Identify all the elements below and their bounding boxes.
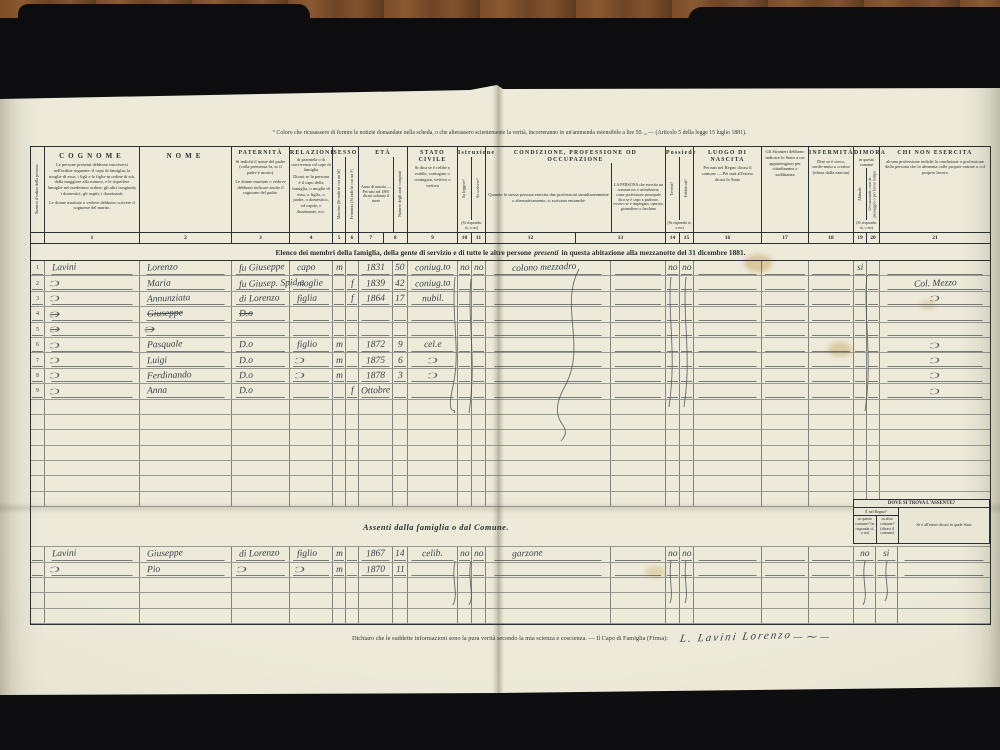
table-cell <box>854 609 876 623</box>
column-header-relazione: RELAZIONE di parentela o di convivenza c… <box>290 147 333 243</box>
table-cell <box>809 384 854 398</box>
table-cell <box>408 593 458 607</box>
table-cell <box>458 323 472 337</box>
table-cell <box>333 476 346 490</box>
table-row: ƆPioƆƆm187011 <box>31 563 990 578</box>
table-row <box>31 400 990 415</box>
table-cell: Ottobre <box>359 384 393 398</box>
table-cell <box>694 430 762 444</box>
table-cell <box>854 415 867 429</box>
table-cell: garzone <box>486 547 611 561</box>
table-cell <box>393 415 408 429</box>
table-cell: no <box>458 261 472 275</box>
table-row <box>31 609 990 624</box>
table-cell <box>880 415 990 429</box>
table-cell <box>880 261 990 275</box>
table-cell <box>486 492 611 506</box>
table-cell <box>880 307 990 321</box>
table-cell <box>666 446 680 460</box>
table-row <box>31 578 990 593</box>
table-cell <box>666 415 680 429</box>
table-cell: celib. <box>408 547 458 561</box>
table-cell <box>486 323 611 337</box>
table-cell <box>611 338 666 352</box>
table-cell <box>694 609 762 623</box>
table-cell <box>45 476 140 490</box>
table-cell: Ɔ <box>290 563 333 577</box>
table-cell <box>854 338 867 352</box>
table-cell <box>458 292 472 306</box>
table-cell <box>854 461 867 475</box>
table-cell <box>346 547 359 561</box>
table-cell <box>458 338 472 352</box>
table-cell <box>290 400 333 414</box>
table-cell <box>140 430 232 444</box>
table-cell: Ɔ <box>408 353 458 367</box>
column-group-istruzione: Istruzione Sa leggere? Sa scrivere? (Si … <box>458 147 486 243</box>
table-cell <box>31 492 45 506</box>
table-cell <box>45 430 140 444</box>
table-cell <box>680 292 694 306</box>
table-cell <box>408 609 458 623</box>
table-cell: figlio <box>290 338 333 352</box>
table-cell: Pasquale <box>140 338 232 352</box>
table-cell <box>140 609 232 623</box>
table-cell <box>359 593 393 607</box>
table-cell <box>140 492 232 506</box>
table-cell <box>140 476 232 490</box>
table-cell <box>876 609 898 623</box>
table-cell <box>31 563 45 577</box>
table-cell <box>458 400 472 414</box>
table-cell: Ɔ <box>45 276 140 290</box>
absent-band: Assenti dalla famiglia o dal Comune. <box>31 507 990 547</box>
table-cell: m <box>333 261 346 275</box>
column-header-luogo-nascita: LUOGO DI NASCITA Pei nati nel Regno dica… <box>694 147 762 243</box>
table-cell <box>876 593 898 607</box>
table-cell: f <box>346 276 359 290</box>
table-row: 6ƆPasqualeD.ofigliom18729cel.eƆ <box>31 338 990 353</box>
table-cell: m <box>333 353 346 367</box>
table-cell <box>809 261 854 275</box>
table-cell <box>680 563 694 577</box>
table-cell <box>486 384 611 398</box>
table-cell <box>809 292 854 306</box>
table-cell: D.o <box>232 338 290 352</box>
table-cell: Ɔ <box>290 369 333 383</box>
table-cell: 9 <box>31 384 45 398</box>
table-cell <box>854 430 867 444</box>
table-cell: figlio <box>290 547 333 561</box>
table-cell <box>472 430 486 444</box>
table-cell <box>611 323 666 337</box>
table-cell <box>762 369 809 383</box>
table-cell <box>694 415 762 429</box>
table-cell: 6 <box>31 338 45 352</box>
table-cell <box>680 461 694 475</box>
table-cell <box>666 307 680 321</box>
table-cell: f <box>346 292 359 306</box>
table-cell <box>290 384 333 398</box>
table-cell <box>140 461 232 475</box>
table-cell <box>762 547 809 561</box>
table-cell <box>333 292 346 306</box>
table-cell: Ɔ <box>290 353 333 367</box>
table-cell <box>232 461 290 475</box>
column-group-possiede: Possiede Terreni? Fabbricati? (Si rispon… <box>666 147 694 243</box>
table-cell: Giuseppe <box>140 307 232 321</box>
table-row: 1LaviniLorenzofu Giuseppecapom183150coni… <box>31 261 990 276</box>
column-header-rownum: Numero d'ordine della persona <box>31 147 45 243</box>
table-cell <box>486 369 611 383</box>
table-cell <box>809 307 854 321</box>
table-cell <box>762 323 809 337</box>
table-cell <box>611 578 666 592</box>
table-cell <box>290 593 333 607</box>
table-cell: Ɔ <box>45 292 140 306</box>
table-header: Numero d'ordine della persona COGNOME Le… <box>31 147 990 244</box>
table-cell <box>458 446 472 460</box>
table-cell <box>232 323 290 337</box>
table-cell <box>458 353 472 367</box>
table-cell <box>898 593 990 607</box>
table-cell <box>611 476 666 490</box>
table-cell <box>458 578 472 592</box>
table-cell <box>867 400 880 414</box>
table-cell <box>359 446 393 460</box>
table-cell <box>486 307 611 321</box>
signature-flourish: —⁓— <box>793 632 833 643</box>
table-cell <box>45 492 140 506</box>
table-cell <box>486 593 611 607</box>
table-row <box>31 492 990 507</box>
table-cell <box>472 593 486 607</box>
table-cell <box>762 276 809 290</box>
table-cell <box>694 563 762 577</box>
table-cell <box>867 323 880 337</box>
table-cell <box>472 369 486 383</box>
table-cell <box>346 593 359 607</box>
table-cell <box>359 609 393 623</box>
table-cell <box>762 400 809 414</box>
table-cell: Ɔ <box>45 338 140 352</box>
table-cell: Ɔ <box>232 563 290 577</box>
table-cell <box>290 415 333 429</box>
table-cell <box>290 578 333 592</box>
table-cell <box>359 430 393 444</box>
table-cell <box>408 400 458 414</box>
table-cell <box>762 384 809 398</box>
table-cell <box>45 609 140 623</box>
census-sheet: “ Coloro che ricusassero di fornire le n… <box>0 0 1000 750</box>
table-cell <box>458 461 472 475</box>
column-header-paternita: PATERNITÀ Si indichi il nome del padre (… <box>232 147 290 243</box>
table-cell <box>666 369 680 383</box>
column-header-stranieri: Gli Stranieri debbono indicare lo Stato … <box>762 147 809 243</box>
table-cell <box>472 353 486 367</box>
table-cell <box>762 307 809 321</box>
table-cell <box>232 476 290 490</box>
table-cell <box>880 461 990 475</box>
table-cell <box>694 492 762 506</box>
table-cell <box>694 307 762 321</box>
table-cell: Ɔ <box>880 384 990 398</box>
table-cell <box>762 461 809 475</box>
table-cell <box>486 563 611 577</box>
column-header-cognome: COGNOME Le persone presenti debbono insc… <box>45 147 140 243</box>
table-cell: Ɔ <box>880 292 990 306</box>
table-cell <box>680 476 694 490</box>
table-cell <box>867 384 880 398</box>
table-cell <box>867 430 880 444</box>
table-cell <box>290 609 333 623</box>
table-cell <box>346 446 359 460</box>
table-cell <box>694 292 762 306</box>
table-cell <box>458 276 472 290</box>
table-cell: 1839 <box>359 276 393 290</box>
table-cell <box>880 446 990 460</box>
table-cell <box>346 609 359 623</box>
table-cell: di Lorenzo <box>232 547 290 561</box>
table-cell: 3 <box>31 292 45 306</box>
table-cell <box>680 323 694 337</box>
table-cell <box>408 430 458 444</box>
table-cell: m <box>333 563 346 577</box>
table-cell <box>31 461 45 475</box>
table-cell <box>346 476 359 490</box>
table-cell <box>346 307 359 321</box>
table-cell <box>486 353 611 367</box>
table-cell: 2 <box>31 276 45 290</box>
table-cell <box>854 307 867 321</box>
table-cell <box>458 430 472 444</box>
column-header-infermita: INFERMITÀ Dire se è cieco, sordo-muto o … <box>809 147 854 243</box>
table-cell <box>694 593 762 607</box>
table-cell <box>666 384 680 398</box>
table-cell: D.o <box>232 384 290 398</box>
table-cell <box>611 563 666 577</box>
table-cell: 1 <box>31 261 45 275</box>
table-cell <box>333 307 346 321</box>
table-cell: no <box>680 261 694 275</box>
table-cell <box>346 430 359 444</box>
table-cell <box>694 461 762 475</box>
table-cell <box>472 578 486 592</box>
table-cell <box>680 609 694 623</box>
table-cell: 6 <box>393 353 408 367</box>
table-cell <box>290 446 333 460</box>
table-cell <box>762 353 809 367</box>
table-cell: coniug.ta <box>408 276 458 290</box>
table-cell <box>458 609 472 623</box>
column-group-condizione: CONDIZIONE, PROFESSIONE OD OCCUPAZIONE Q… <box>486 147 666 243</box>
table-cell <box>680 307 694 321</box>
table-cell <box>346 461 359 475</box>
table-cell <box>359 400 393 414</box>
column-group-eta: ETÀ Anno di nascita — Pei nati nel 1881 … <box>359 147 408 243</box>
table-cell <box>346 415 359 429</box>
table-cell <box>359 461 393 475</box>
table-cell <box>140 415 232 429</box>
table-cell <box>854 276 867 290</box>
folder-tab-left <box>18 4 310 30</box>
table-cell <box>611 415 666 429</box>
table-cell <box>854 593 876 607</box>
table-cell: Maria <box>140 276 232 290</box>
table-cell <box>762 292 809 306</box>
table-cell: Ferdinando <box>140 369 232 383</box>
table-cell <box>408 307 458 321</box>
table-cell <box>809 461 854 475</box>
table-cell <box>333 430 346 444</box>
table-cell <box>867 446 880 460</box>
table-cell <box>140 400 232 414</box>
table-cell <box>472 563 486 577</box>
table-cell <box>809 476 854 490</box>
table-cell <box>408 323 458 337</box>
table-cell <box>232 430 290 444</box>
table-row: 3ƆAnnunziatadi Lorenzofigliaf186417nubil… <box>31 292 990 307</box>
table-cell <box>680 578 694 592</box>
table-cell <box>140 578 232 592</box>
table-cell: Ɔ <box>45 384 140 398</box>
table-cell <box>486 609 611 623</box>
table-cell <box>346 323 359 337</box>
table-cell <box>232 578 290 592</box>
table-cell: f <box>346 384 359 398</box>
table-cell <box>762 446 809 460</box>
table-cell <box>809 446 854 460</box>
table-cell <box>680 276 694 290</box>
table-cell <box>867 292 880 306</box>
table-cell <box>680 446 694 460</box>
table-cell <box>486 461 611 475</box>
table-cell <box>232 400 290 414</box>
table-cell: 3 <box>393 369 408 383</box>
table-cell <box>333 593 346 607</box>
table-cell <box>666 292 680 306</box>
table-cell <box>346 338 359 352</box>
table-cell <box>694 476 762 490</box>
table-cell <box>809 415 854 429</box>
table-cell: 42 <box>393 276 408 290</box>
table-cell <box>854 353 867 367</box>
table-cell <box>854 400 867 414</box>
table-cell <box>472 446 486 460</box>
table-cell <box>359 415 393 429</box>
table-cell: 50 <box>393 261 408 275</box>
table-cell <box>680 369 694 383</box>
table-cell: 9 <box>393 338 408 352</box>
table-cell <box>359 492 393 506</box>
table-cell <box>45 593 140 607</box>
table-cell <box>232 492 290 506</box>
table-cell <box>809 578 854 592</box>
table-row: 8ƆFerdinandoD.oƆm18783ƆƆ <box>31 369 990 384</box>
table-cell <box>611 292 666 306</box>
table-cell: 1878 <box>359 369 393 383</box>
table-cell <box>393 384 408 398</box>
column-header-nome: NOME 2 <box>140 147 232 243</box>
table-cell <box>232 415 290 429</box>
table-cell <box>809 323 854 337</box>
table-cell: 5 <box>31 323 45 337</box>
table-cell <box>31 476 45 490</box>
table-cell <box>666 353 680 367</box>
table-cell <box>762 593 809 607</box>
table-cell <box>472 276 486 290</box>
table-cell <box>880 323 990 337</box>
table-cell <box>333 461 346 475</box>
estero-column: Se è all'estero dicasi in quale Stato <box>899 508 989 543</box>
table-cell <box>680 430 694 444</box>
table-cell: Ɔ <box>45 323 140 337</box>
table-cell <box>666 563 680 577</box>
table-cell: Col. Mezzo <box>880 276 990 290</box>
table-cell <box>611 547 666 561</box>
table-cell <box>666 461 680 475</box>
table-cell <box>880 476 990 490</box>
table-cell: si <box>854 261 867 275</box>
table-cell: no <box>854 547 876 561</box>
table-cell: Giuseppe <box>140 547 232 561</box>
table-cell <box>876 563 898 577</box>
table-cell <box>854 369 867 383</box>
table-row: 9ƆAnnaD.ofOttobreƆ <box>31 384 990 399</box>
table-cell: fu Giuseppe <box>232 261 290 275</box>
table-cell <box>346 353 359 367</box>
table-cell: D.o <box>232 353 290 367</box>
table-cell <box>880 400 990 414</box>
table-cell <box>486 400 611 414</box>
table-cell <box>611 276 666 290</box>
table-cell <box>854 476 867 490</box>
table-cell <box>486 276 611 290</box>
table-cell <box>359 476 393 490</box>
table-cell <box>45 400 140 414</box>
table-cell <box>458 384 472 398</box>
table-cell <box>290 307 333 321</box>
table-cell <box>898 547 990 561</box>
table-cell <box>666 276 680 290</box>
table-row <box>31 430 990 445</box>
table-cell: Ɔ <box>45 369 140 383</box>
table-cell: 4 <box>31 307 45 321</box>
table-cell <box>809 276 854 290</box>
table-cell <box>694 338 762 352</box>
table-cell: moglie <box>290 276 333 290</box>
table-cell: D.o <box>232 369 290 383</box>
table-cell <box>611 492 666 506</box>
table-cell <box>290 430 333 444</box>
table-cell <box>762 430 809 444</box>
table-cell: Ɔ <box>408 369 458 383</box>
table-cell: di Lorenzo <box>232 292 290 306</box>
table-cell <box>140 446 232 460</box>
table-cell <box>611 461 666 475</box>
table-cell <box>333 400 346 414</box>
table-cell <box>680 353 694 367</box>
table-cell <box>408 476 458 490</box>
table-cell <box>611 400 666 414</box>
table-cell <box>31 547 45 561</box>
table-cell: Ɔ <box>880 369 990 383</box>
table-cell <box>611 593 666 607</box>
table-cell: colono mezzadro <box>486 261 611 275</box>
table-row: 4ƆGiuseppeD.o <box>31 307 990 322</box>
table-cell: 1872 <box>359 338 393 352</box>
table-cell <box>31 446 45 460</box>
